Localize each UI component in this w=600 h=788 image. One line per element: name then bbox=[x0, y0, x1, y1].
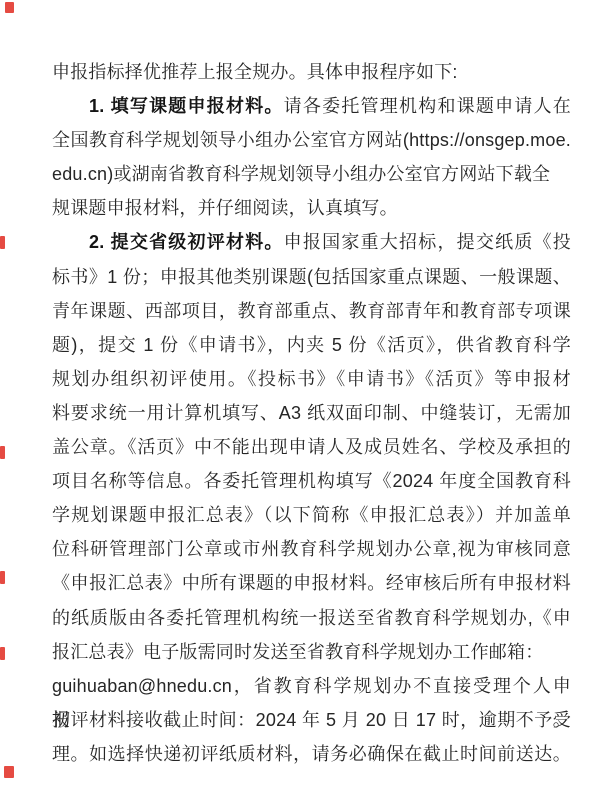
line-text: 理。如选择快递初评纸质材料，请务必确保在截止时间前送达。 bbox=[52, 744, 571, 764]
text-line: 标书》1 份；申报其他类别课题(包括国家重点课题、一般课题、 bbox=[52, 260, 571, 294]
paragraph-number-lead: 2. 提交省级初评材料。 bbox=[89, 232, 284, 252]
red-margin-mark bbox=[4, 766, 14, 778]
line-text: 初评材料接收截止时间：2024 年 5 月 20 日 17 时，逾期不予受 bbox=[52, 710, 571, 730]
red-margin-mark bbox=[0, 236, 5, 249]
red-margin-mark bbox=[0, 446, 5, 459]
text-line: 学规划课题申报汇总表》（以下简称《申报汇总表》）并加盖单 bbox=[52, 498, 571, 532]
line-text: 申报指标择优推荐上报全规办。具体申报程序如下: bbox=[52, 62, 458, 82]
text-line: 全国教育科学规划领导小组办公室官方网站(https://onsgep.moe. bbox=[52, 123, 571, 157]
line-text: 全国教育科学规划领导小组办公室官方网站(https://onsgep.moe. bbox=[52, 130, 571, 150]
line-text: 青年课题、西部项目，教育部重点、教育部青年和教育部专项课 bbox=[52, 301, 571, 321]
text-line: 理。如选择快递初评纸质材料，请务必确保在截止时间前送达。 bbox=[52, 737, 571, 771]
line-text: 报汇总表》电子版需同时发送至省教育科学规划办工作邮箱： bbox=[52, 642, 543, 662]
line-text: 请各委托管理机构和课题申请人在 bbox=[284, 96, 571, 116]
line-text: 题)，提交 1 份《申请书》，内夹 5 份《活页》，供省教育科学 bbox=[52, 335, 571, 355]
text-line: 规课题申报材料，并仔细阅读，认真填写。 bbox=[52, 191, 571, 225]
text-line: guihuaban@hnedu.cn，省教育科学规划办不直接受理个人申报。 bbox=[52, 669, 571, 703]
text-line: 报汇总表》电子版需同时发送至省教育科学规划办工作邮箱： bbox=[52, 635, 571, 669]
line-text: 位科研管理部门公章或市州教育科学规划办公章,视为审核同意 bbox=[52, 539, 571, 559]
text-line: 位科研管理部门公章或市州教育科学规划办公章,视为审核同意 bbox=[52, 532, 571, 566]
text-line: 的纸质版由各委托管理机构统一报送至省教育科学规划办,《申 bbox=[52, 601, 571, 635]
text-line: 盖公章。《活页》中不能出现申请人及成员姓名、学校及承担的 bbox=[52, 430, 571, 464]
line-text: 申报国家重大招标，提交纸质《投 bbox=[284, 232, 571, 252]
text-line: 题)，提交 1 份《申请书》，内夹 5 份《活页》，供省教育科学 bbox=[52, 328, 571, 362]
text-line: 青年课题、西部项目，教育部重点、教育部青年和教育部专项课 bbox=[52, 294, 571, 328]
line-text: 规划办组织初评使用。《投标书》《申请书》《活页》等申报材 bbox=[52, 369, 571, 389]
line-text: 料要求统一用计算机填写、A3 纸双面印制、中缝装订，无需加 bbox=[52, 403, 571, 423]
line-text: 的纸质版由各委托管理机构统一报送至省教育科学规划办,《申 bbox=[52, 608, 571, 628]
text-line: edu.cn)或湖南省教育科学规划领导小组办公室官方网站下载全 bbox=[52, 157, 571, 191]
document-text: 申报指标择优推荐上报全规办。具体申报程序如下: 1. 填写课题申报材料。请各委托… bbox=[52, 55, 571, 771]
red-margin-mark bbox=[5, 2, 14, 13]
text-line: 初评材料接收截止时间：2024 年 5 月 20 日 17 时，逾期不予受 bbox=[52, 703, 571, 737]
text-line: 1. 填写课题申报材料。请各委托管理机构和课题申请人在 bbox=[52, 89, 571, 123]
text-line: 《申报汇总表》中所有课题的申报材料。经审核后所有申报材料 bbox=[52, 566, 571, 600]
paragraph-number-lead: 1. 填写课题申报材料。 bbox=[89, 96, 284, 116]
line-text: 《申报汇总表》中所有课题的申报材料。经审核后所有申报材料 bbox=[52, 573, 571, 593]
red-margin-mark bbox=[0, 647, 5, 660]
text-line: 规划办组织初评使用。《投标书》《申请书》《活页》等申报材 bbox=[52, 362, 571, 396]
line-text: 项目名称等信息。各委托管理机构填写《2024 年度全国教育科 bbox=[52, 471, 571, 491]
line-text: 标书》1 份；申报其他类别课题(包括国家重点课题、一般课题、 bbox=[52, 267, 571, 287]
document-page: 申报指标择优推荐上报全规办。具体申报程序如下: 1. 填写课题申报材料。请各委托… bbox=[0, 0, 600, 788]
red-margin-mark bbox=[0, 571, 5, 584]
line-text: 学规划课题申报汇总表》（以下简称《申报汇总表》）并加盖单 bbox=[52, 505, 571, 525]
text-line: 料要求统一用计算机填写、A3 纸双面印制、中缝装订，无需加 bbox=[52, 396, 571, 430]
line-text: edu.cn)或湖南省教育科学规划领导小组办公室官方网站下载全 bbox=[52, 164, 550, 184]
line-text: 规课题申报材料，并仔细阅读，认真填写。 bbox=[52, 198, 398, 218]
line-text: 盖公章。《活页》中不能出现申请人及成员姓名、学校及承担的 bbox=[52, 437, 571, 457]
text-line: 申报指标择优推荐上报全规办。具体申报程序如下: bbox=[52, 55, 571, 89]
text-line: 项目名称等信息。各委托管理机构填写《2024 年度全国教育科 bbox=[52, 464, 571, 498]
text-line: 2. 提交省级初评材料。申报国家重大招标，提交纸质《投 bbox=[52, 225, 571, 259]
